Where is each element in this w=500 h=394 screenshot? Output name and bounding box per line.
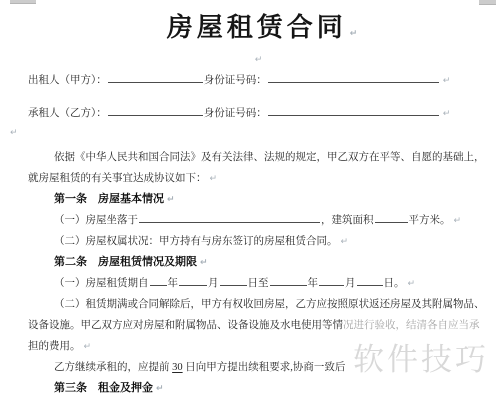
paragraph-mark-icon: ↵: [443, 109, 451, 119]
text-run: 房屋租赁合同: [167, 13, 347, 42]
text-run: 承租人（乙方）：: [28, 108, 107, 119]
text-run: 月: [208, 278, 219, 289]
text-run: 月: [345, 278, 356, 289]
blank-fill-line: [108, 103, 203, 116]
paragraph-mark-icon: ↵: [341, 237, 349, 247]
watermark-text: 软件技巧: [353, 334, 489, 379]
text-run: 设备设施。甲乙双方应对房屋和附属物品、设备设施及水电使用等情: [28, 320, 343, 331]
blank-fill-line: [375, 210, 408, 223]
paragraph-mark-icon: ↵: [167, 195, 175, 205]
paragraph-mark-icon: ↵: [408, 279, 416, 289]
party-b-line: 承租人（乙方）：身份证号码：↵: [28, 103, 500, 123]
paragraph-mark-icon: ↵: [255, 55, 263, 65]
paragraph-mark-icon: ↵: [10, 128, 18, 138]
preamble-line-1: 依据《中华人民共和国合同法》及有关法律、法规的规定，甲乙双方在平等、自愿的基础上…: [28, 147, 500, 168]
empty-line-center: ↵: [0, 50, 500, 70]
text-run: 平方米。: [409, 215, 451, 226]
text-run: 身份证号码：: [204, 108, 267, 119]
paragraph-mark-icon: ↵: [210, 174, 218, 184]
text-run: 依据《中华人民共和国合同法》及有关法律、法规的规定，甲乙双方在平等、自愿的基础上…: [54, 152, 485, 163]
article-2-item-2-line-2: 设备设施。甲乙双方应对房屋和附属物品、设备设施及水电使用等情况进行验收，结清各自…: [28, 315, 500, 336]
text-run: 第三条 租金及押金: [54, 382, 153, 394]
underlined-text-run: 30: [172, 362, 183, 373]
text-run: 年: [308, 278, 319, 289]
paragraph-mark-icon: ↵: [350, 29, 362, 39]
article-3-heading: 第三条 租金及押金↵: [28, 378, 500, 394]
text-run: （一）房屋租赁期自: [54, 278, 149, 289]
empty-line-left: ↵: [7, 123, 500, 147]
blank-fill-line: [270, 273, 307, 286]
text-run: 年: [168, 278, 179, 289]
text-run: 日向甲方提出续租要求,协商一致后: [183, 362, 346, 373]
text-run: 日至: [248, 278, 269, 289]
article-2-item-1: （一）房屋租赁期自年月日至年月日。↵: [28, 273, 500, 294]
blank-fill-line: [220, 273, 247, 286]
preamble-line-2: 就房屋租赁的有关事宜达成协议如下：↵: [28, 168, 500, 189]
blank-fill-line: [268, 70, 439, 83]
paragraph-mark-icon: ↵: [454, 216, 462, 226]
blank-fill-line: [150, 273, 167, 286]
paragraph-mark-icon: ↵: [156, 384, 164, 394]
paragraph-mark-icon: ↵: [84, 342, 92, 352]
text-run: 身份证号码：: [204, 75, 267, 86]
article-2-heading: 第二条 房屋租赁情况及期限↵: [28, 252, 500, 273]
text-run: 第二条 房屋租赁情况及期限: [54, 256, 197, 268]
article-1-item-2: （二）房屋权属状况：甲方持有与房东签订的房屋租赁合同。↵: [28, 231, 500, 252]
blank-fill-line: [319, 273, 344, 286]
document-page: 房屋租赁合同↵↵出租人（甲方）：身份证号码：↵承租人（乙方）：身份证号码：↵↵依…: [0, 0, 500, 394]
text-run: （一）房屋坐落于: [54, 215, 138, 226]
text-run: 第一条 房屋基本情况: [54, 193, 164, 205]
doc-title: 房屋租赁合同↵: [0, 8, 500, 50]
blank-fill-line: [357, 273, 383, 286]
blank-fill-line: [179, 273, 207, 286]
text-run: 就房屋租赁的有关事宜达成协议如下：: [28, 173, 207, 184]
blank-fill-line: [108, 70, 203, 83]
blank-fill-line: [268, 103, 439, 116]
faded-text-run: 况进行验收，结清各自应当承: [343, 320, 480, 331]
text-run: ，建筑面积: [321, 215, 374, 226]
text-run: 出租人（甲方）：: [28, 75, 107, 86]
article-1-item-1: （一）房屋坐落于，建筑面积平方米。↵: [28, 210, 500, 231]
article-2-item-2-line-1: （二）租赁期满或合同解除后，甲方有权收回房屋，乙方应按照原状返还房屋及其附属物品…: [28, 294, 500, 315]
text-run: （二）房屋权属状况：甲方持有与房东签订的房屋租赁合同。: [54, 236, 338, 247]
paragraph-mark-icon: ↵: [443, 76, 451, 86]
paragraph-mark-icon: ↵: [200, 258, 208, 268]
text-run: 担的费用。: [28, 341, 81, 352]
text-run: 乙方继续承租的，应提前: [54, 362, 172, 373]
party-a-line: 出租人（甲方）：身份证号码：↵: [28, 70, 500, 90]
text-run: （二）租赁期满或合同解除后，甲方有权收回房屋，乙方应按照原状返还房屋及其附属物品…: [54, 299, 485, 310]
blank-fill-line: [139, 210, 320, 223]
text-run: 日。: [384, 278, 405, 289]
article-1-heading: 第一条 房屋基本情况↵: [28, 189, 500, 210]
